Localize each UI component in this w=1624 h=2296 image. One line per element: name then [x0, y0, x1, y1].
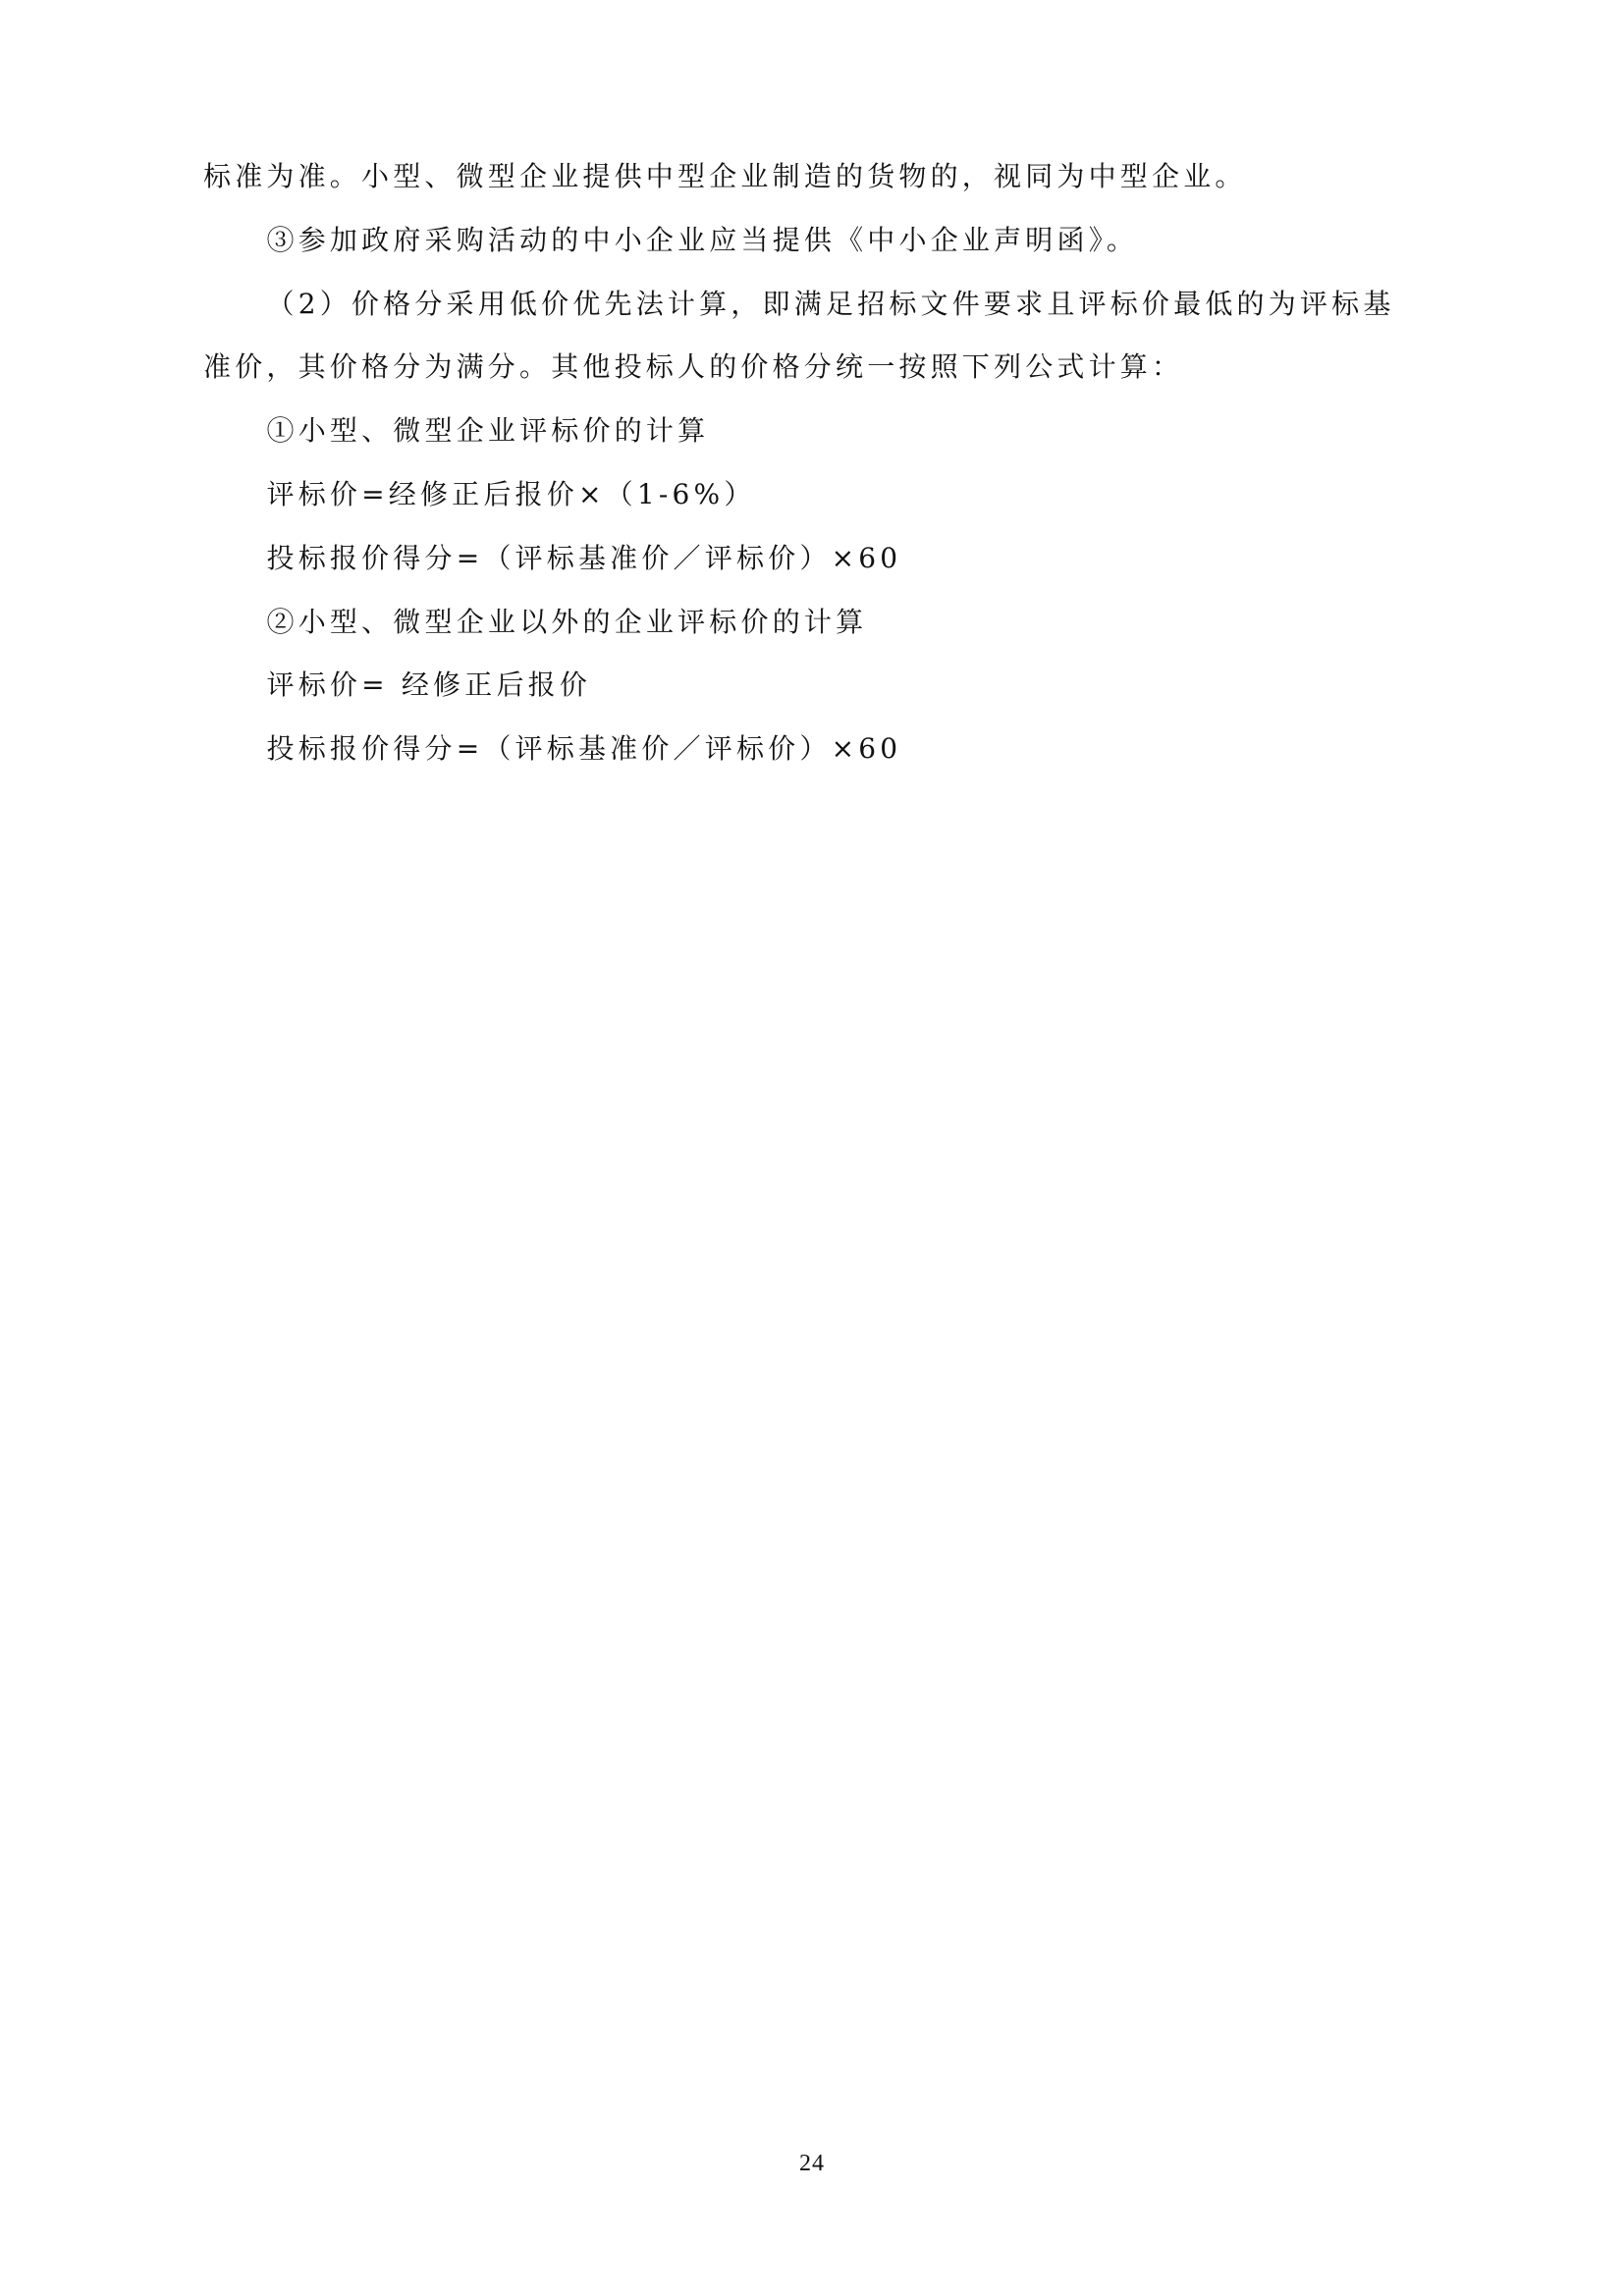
paragraph-price-score-method: （2）价格分采用低价优先法计算，即满足招标文件要求且评标价最低的为评标基 — [203, 273, 1426, 337]
item-3-sme-declaration: ③参加政府采购活动的中小企业应当提供《中小企业声明函》。 — [203, 209, 1426, 273]
page-number: 24 — [0, 2148, 1624, 2179]
paragraph-price-score-method-cont: 准价，其价格分为满分。其他投标人的价格分统一按照下列公式计算： — [203, 336, 1426, 400]
document-page: 标准为准。小型、微型企业提供中型企业制造的货物的，视同为中型企业。 ③参加政府采… — [0, 0, 1624, 2296]
formula-other-evaluation-price: 评标价= 经修正后报价 — [203, 654, 1426, 718]
formula-other-bid-score: 投标报价得分=（评标基准价／评标价）×60 — [203, 718, 1426, 781]
formula-small-micro-bid-score: 投标报价得分=（评标基准价／评标价）×60 — [203, 527, 1426, 591]
paragraph-continuation-sme-standard: 标准为准。小型、微型企业提供中型企业制造的货物的，视同为中型企业。 — [203, 145, 1426, 209]
item-2-other-enterprise-heading: ②小型、微型企业以外的企业评标价的计算 — [203, 591, 1426, 655]
item-1-small-micro-heading: ①小型、微型企业评标价的计算 — [203, 400, 1426, 463]
body-text: 标准为准。小型、微型企业提供中型企业制造的货物的，视同为中型企业。 ③参加政府采… — [203, 145, 1426, 781]
formula-small-micro-evaluation-price: 评标价=经修正后报价×（1-6%） — [203, 463, 1426, 527]
